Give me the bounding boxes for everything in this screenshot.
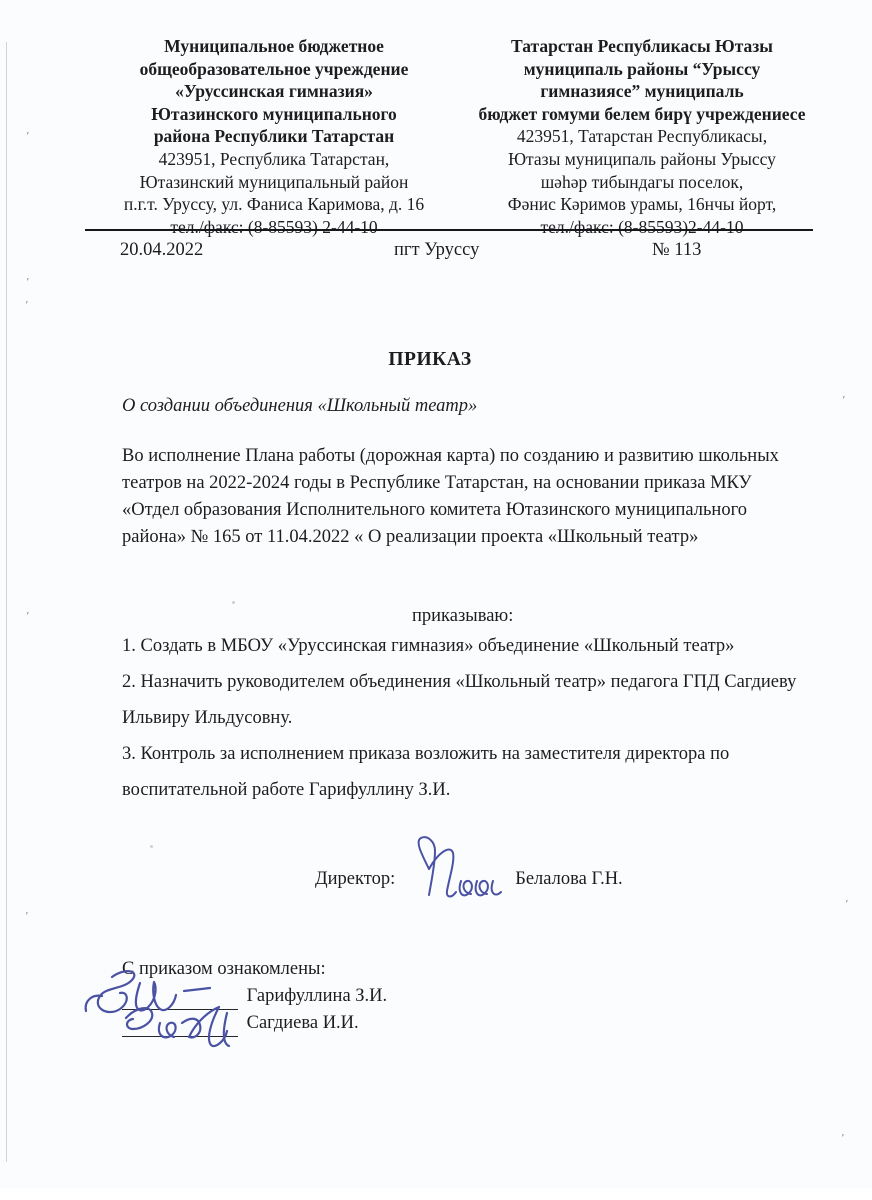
letterhead-line: муниципаль районы “Урыссу bbox=[472, 58, 812, 81]
order-title: ПРИКАЗ bbox=[0, 349, 860, 371]
order-items: 1. Создать в МБОУ «Уруссинская гимназия»… bbox=[122, 628, 818, 808]
letterhead-line: «Уруссинская гимназия» bbox=[100, 80, 448, 103]
scan-mark: ʼ bbox=[25, 910, 29, 923]
scan-mark: ʼ bbox=[845, 898, 849, 911]
letterhead-address-line: 423951, Республика Татарстан, bbox=[100, 148, 448, 171]
scan-edge-line bbox=[6, 42, 7, 1162]
scan-mark: ʼ bbox=[26, 130, 30, 143]
letterhead-address-line: Ютазы муниципаль районы Урыссу bbox=[472, 148, 812, 171]
letterhead-address-line: шәһәр тибындагы поселок, bbox=[472, 171, 812, 194]
letterhead-line: Татарстан Республикасы Ютазы bbox=[472, 35, 812, 58]
director-name: Белалова Г.Н. bbox=[515, 869, 622, 890]
order-place: пгт Уруссу bbox=[394, 240, 479, 261]
letterhead-line: гимназиясе” муниципаль bbox=[472, 80, 812, 103]
letterhead-line: бюджет гомуми белем бирү учреждениесе bbox=[472, 103, 812, 126]
letterhead-line: Ютазинского муниципального bbox=[100, 103, 448, 126]
letterhead-russian: Муниципальное бюджетное общеобразователь… bbox=[100, 35, 448, 238]
letterhead-address-line: тел./факс: (8-85593)2-44-10 bbox=[472, 216, 812, 239]
letterhead-line: Муниципальное бюджетное bbox=[100, 35, 448, 58]
scan-bottom-band bbox=[0, 1188, 872, 1200]
scan-mark: ʼ bbox=[25, 299, 29, 312]
acknowledged-row-2: Сагдиева И.И. bbox=[122, 1010, 387, 1037]
scan-mark: ʼ bbox=[26, 276, 30, 289]
decree-word: приказываю: bbox=[412, 606, 513, 627]
order-item-3: 3. Контроль за исполнением приказа возло… bbox=[122, 736, 818, 808]
letterhead-address-line: п.г.т. Уруссу, ул. Фаниса Каримова, д. 1… bbox=[100, 193, 448, 216]
scan-speck bbox=[232, 601, 235, 604]
letterhead-tatar: Татарстан Республикасы Ютазы муниципаль … bbox=[472, 35, 812, 238]
order-item-1: 1. Создать в МБОУ «Уруссинская гимназия»… bbox=[122, 628, 818, 664]
scan-speck bbox=[150, 845, 153, 848]
scan-mark: ʼ bbox=[26, 610, 30, 623]
director-signature-row: Директор: Белалова Г.Н. bbox=[315, 869, 623, 909]
director-signature-ink bbox=[407, 835, 503, 909]
letterhead-address-line: Фәнис Кәримов урамы, 16нчы йорт, bbox=[472, 193, 812, 216]
letterhead-address-line: Ютазинский муниципальный район bbox=[100, 171, 448, 194]
letterhead-line: общеобразовательное учреждение bbox=[100, 58, 448, 81]
director-label: Директор: bbox=[315, 869, 395, 890]
order-date: 20.04.2022 bbox=[120, 240, 203, 261]
letterhead-address-line: 423951, Татарстан Республикасы, bbox=[472, 125, 812, 148]
document-page: ʼ ʼ ʼ ʼ ʼ ʼ ʼ ʼ Муниципальное бюджетное … bbox=[0, 0, 872, 1200]
divider-line bbox=[85, 229, 813, 231]
scan-mark: ʼ bbox=[842, 394, 846, 407]
acknowledged-signature-ink-2 bbox=[114, 994, 274, 1052]
order-preamble: Во исполнение Плана работы (дорожная кар… bbox=[122, 443, 798, 551]
letterhead-address-line: тел./факс: (8-85593) 2-44-10 bbox=[100, 216, 448, 239]
meta-row: 20.04.2022 пгт Уруссу № 113 bbox=[0, 240, 872, 266]
order-number: № 113 bbox=[652, 240, 701, 261]
order-subject: О создании объединения «Школьный театр» bbox=[122, 396, 477, 417]
order-item-2: 2. Назначить руководителем объединения «… bbox=[122, 664, 818, 736]
acknowledgement-block: С приказом ознакомлены: Гарифуллина З.И. bbox=[122, 956, 387, 1037]
letterhead: Муниципальное бюджетное общеобразователь… bbox=[100, 35, 812, 238]
letterhead-line: района Республики Татарстан bbox=[100, 125, 448, 148]
scan-mark: ʼ bbox=[841, 1132, 845, 1145]
